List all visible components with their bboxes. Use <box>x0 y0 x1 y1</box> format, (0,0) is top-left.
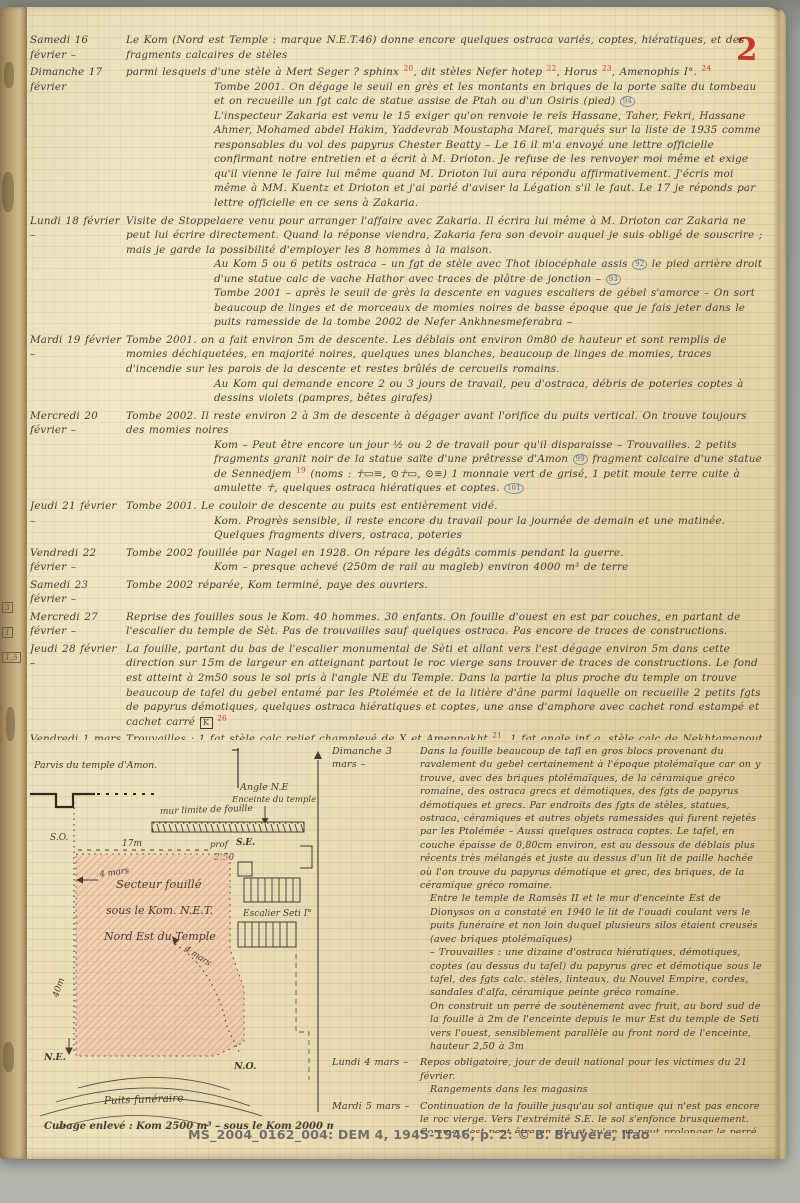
journal-entry: Vendredi 1 mars – Trouvailles : 1 fgt st… <box>30 732 767 740</box>
map-label-mur: mur limite de fouille <box>160 804 253 817</box>
temple-corner-step <box>300 846 312 868</box>
entry-paragraph: Au Kom 5 ou 6 petits ostraca – un fgt de… <box>214 257 767 286</box>
east-boundary-line <box>296 954 309 1080</box>
escalier-block <box>238 862 252 876</box>
map-label-angle-ne: Angle N.E <box>239 782 288 793</box>
entry-paragraph: Tombe 2001. on a fait environ 5m de desc… <box>126 333 767 377</box>
entry-paragraph: Le Kom (Nord est Temple : marque N.E.T.4… <box>126 33 767 62</box>
ne-corner-arrow <box>66 1038 72 1054</box>
margin-note: 3 <box>2 602 13 613</box>
entry-body: Repos obligatoire, jour de deuil nationa… <box>420 1056 769 1096</box>
entry-paragraph: Tombe 2001 – après le seuil de grès la d… <box>214 286 767 330</box>
entry-paragraph: Dans la fouille beaucoup de tafl en gros… <box>420 745 769 892</box>
enceinte-wall-line <box>232 748 239 788</box>
entry-paragraph: Kom. Progrès sensible, il reste encore d… <box>214 514 767 543</box>
entry-paragraph: Tombe 2002. Il reste environ 2 à 3m de d… <box>126 409 767 438</box>
map-label-parvis: Parvis du temple d'Amon. <box>33 760 157 771</box>
entry-paragraph: Visite de Stoppelaere venu pour arranger… <box>126 214 767 258</box>
journal-entry: Mercredi 20 février – Tombe 2002. Il res… <box>30 409 767 496</box>
entry-date: Jeudi 21 février – <box>30 499 126 543</box>
map-label-se: S.E. <box>236 838 255 848</box>
entry-date: Mardi 19 février – <box>30 333 126 406</box>
entry-paragraph: Entre le temple de Ramsès II et le mur d… <box>430 892 769 946</box>
entry-paragraph: Reprise des fouilles sous le Kom. 40 hom… <box>126 610 767 639</box>
entry-body: Tombe 2002 réparée, Kom terminé, paye de… <box>126 578 767 607</box>
entry-paragraph: Au Kom qui demande encore 2 ou 3 jours d… <box>214 377 767 406</box>
map-label-ne: N.E. <box>43 1052 66 1063</box>
journal-entry: Lundi 18 février – Visite de Stoppelaere… <box>30 214 767 330</box>
escalier-upper-steps <box>251 878 293 902</box>
entry-paragraph: Tombe 2002 fouillée par Nagel en 1928. O… <box>126 546 767 561</box>
map-label-sector-1: Secteur fouillé <box>116 877 202 891</box>
entry-paragraph: parmi lesquels d'une stèle à Mert Seger … <box>126 65 767 80</box>
entry-paragraph: Tombe 2001. On dégage le seuil en grès e… <box>214 80 767 109</box>
map-label-escalier: Escalier Seti I° <box>242 909 312 919</box>
entry-body: La fouille, partant du bas de l'escalier… <box>126 642 767 729</box>
journal-entries: Samedi 16 février – Le Kom (Nord est Tem… <box>30 33 767 740</box>
entry-body: Reprise des fouilles sous le Kom. 40 hom… <box>126 610 767 639</box>
map-label-enceinte: Enceinte du temple <box>231 795 316 805</box>
scanned-journal-photo: { "page": { "number": "2" }, "caption": … <box>0 0 800 1203</box>
journal-entries-right-column: Dimanche 3 mars – Dans la fouille beauco… <box>332 745 769 1133</box>
entry-date: Vendredi 22 février – <box>30 546 126 575</box>
journal-entry: Samedi 16 février – Le Kom (Nord est Tem… <box>30 33 767 62</box>
journal-entry: Vendredi 22 février – Tombe 2002 fouillé… <box>30 546 767 575</box>
map-label-puits: Puits funéraire <box>103 1092 184 1107</box>
journal-entry: Mardi 19 février – Tombe 2001. on a fait… <box>30 333 767 406</box>
margin-note: 1 <box>2 627 13 638</box>
entry-body: Tombe 2002. Il reste environ 2 à 3m de d… <box>126 409 767 496</box>
entry-body: Tombe 2001. Le couloir de descente au pu… <box>126 499 767 543</box>
journal-entry: Mercredi 27 février – Reprise des fouill… <box>30 610 767 639</box>
journal-entry: Lundi 4 mars – Repos obligatoire, jour d… <box>332 1056 769 1096</box>
entry-paragraph: La fouille, partant du bas de l'escalier… <box>126 642 767 729</box>
entry-date: Mercredi 27 février – <box>30 610 126 639</box>
map-label-so: S.O. <box>50 833 69 843</box>
entry-body: Dans la fouille beaucoup de tafl en gros… <box>420 745 769 1053</box>
entry-date: Lundi 4 mars – <box>332 1056 420 1096</box>
entry-paragraph: Rangements dans les magasins <box>430 1083 769 1096</box>
entry-date: Mercredi 20 février – <box>30 409 126 496</box>
mur-limite-wall <box>152 822 304 832</box>
journal-entry: Dimanche 17 février parmi lesquels d'une… <box>30 65 767 210</box>
entry-date: Vendredi 1 mars – <box>30 732 126 740</box>
margin-note: 1,5 <box>2 652 21 663</box>
entry-date: Jeudi 28 février – <box>30 642 126 729</box>
entry-paragraph: Repos obligatoire, jour de deuil nationa… <box>420 1056 769 1083</box>
map-label-40m: 40m <box>51 977 67 1000</box>
escalier-lower-steps <box>245 922 287 947</box>
tape-mark <box>2 172 14 212</box>
entry-date: Samedi 23 février – <box>30 578 126 607</box>
entry-paragraph: Kom – presque achevé (250m de rail au ma… <box>214 560 767 575</box>
entry-paragraph: – Trouvailles : une dizaine d'ostraca hi… <box>430 946 769 1000</box>
map-label-prof: prof <box>210 840 230 850</box>
map-label-sector-3: Nord Est du Temple <box>103 930 216 943</box>
journal-entry: Samedi 23 février – Tombe 2002 réparée, … <box>30 578 767 607</box>
entry-body: Tombe 2001. on a fait environ 5m de desc… <box>126 333 767 406</box>
entry-body: Le Kom (Nord est Temple : marque N.E.T.4… <box>126 33 767 62</box>
entry-body: Trouvailles : 1 fgt stèle calc relief ch… <box>126 732 767 740</box>
parvis-wall-line <box>30 794 95 807</box>
entry-paragraph: Kom – Peut être encore un jour ½ ou 2 de… <box>214 438 767 496</box>
entry-date: Dimanche 17 février <box>30 65 126 210</box>
entry-paragraph: On construit un perré de soutènement ave… <box>430 1000 769 1054</box>
entry-date: Dimanche 3 mars – <box>332 745 420 1053</box>
entry-body: Tombe 2002 fouillée par Nagel en 1928. O… <box>126 546 767 575</box>
journal-entry: Jeudi 28 février – La fouille, partant d… <box>30 642 767 729</box>
entry-date: Lundi 18 février – <box>30 214 126 330</box>
entry-paragraph: Trouvailles : 1 fgt stèle calc relief ch… <box>126 732 767 740</box>
excavation-sketch-map: Parvis du temple d'Amon. S.O. 17m prof S… <box>12 744 334 1140</box>
entry-paragraph: Tombe 2002 réparée, Kom terminé, paye de… <box>126 578 767 593</box>
page-edge <box>773 7 786 1159</box>
tape-mark <box>4 62 14 88</box>
map-label-sector-2: sous le Kom. N.E.T. <box>106 904 213 917</box>
entry-date: Samedi 16 février – <box>30 33 126 62</box>
archive-caption-overlay: MS_2004_0162_004: DEM 4, 1945-1946, p. 2… <box>188 1127 650 1142</box>
journal-entry: Jeudi 21 février – Tombe 2001. Le couloi… <box>30 499 767 543</box>
entry-body: parmi lesquels d'une stèle à Mert Seger … <box>126 65 767 210</box>
entry-paragraph: L'inspecteur Zakaria est venu le 15 exig… <box>214 109 767 211</box>
map-drawing: Parvis du temple d'Amon. S.O. 17m prof S… <box>12 744 334 1140</box>
separator-arrowhead <box>314 751 322 759</box>
entry-body: Visite de Stoppelaere venu pour arranger… <box>126 214 767 330</box>
map-label-no: N.O. <box>233 1061 256 1072</box>
margin-fragment-notes: 3 1 1,5 <box>2 602 21 677</box>
journal-entry: Dimanche 3 mars – Dans la fouille beauco… <box>332 745 769 1053</box>
tape-mark <box>6 707 15 741</box>
map-label-17m: 17m <box>122 839 142 849</box>
entry-paragraph: Tombe 2001. Le couloir de descente au pu… <box>126 499 767 514</box>
